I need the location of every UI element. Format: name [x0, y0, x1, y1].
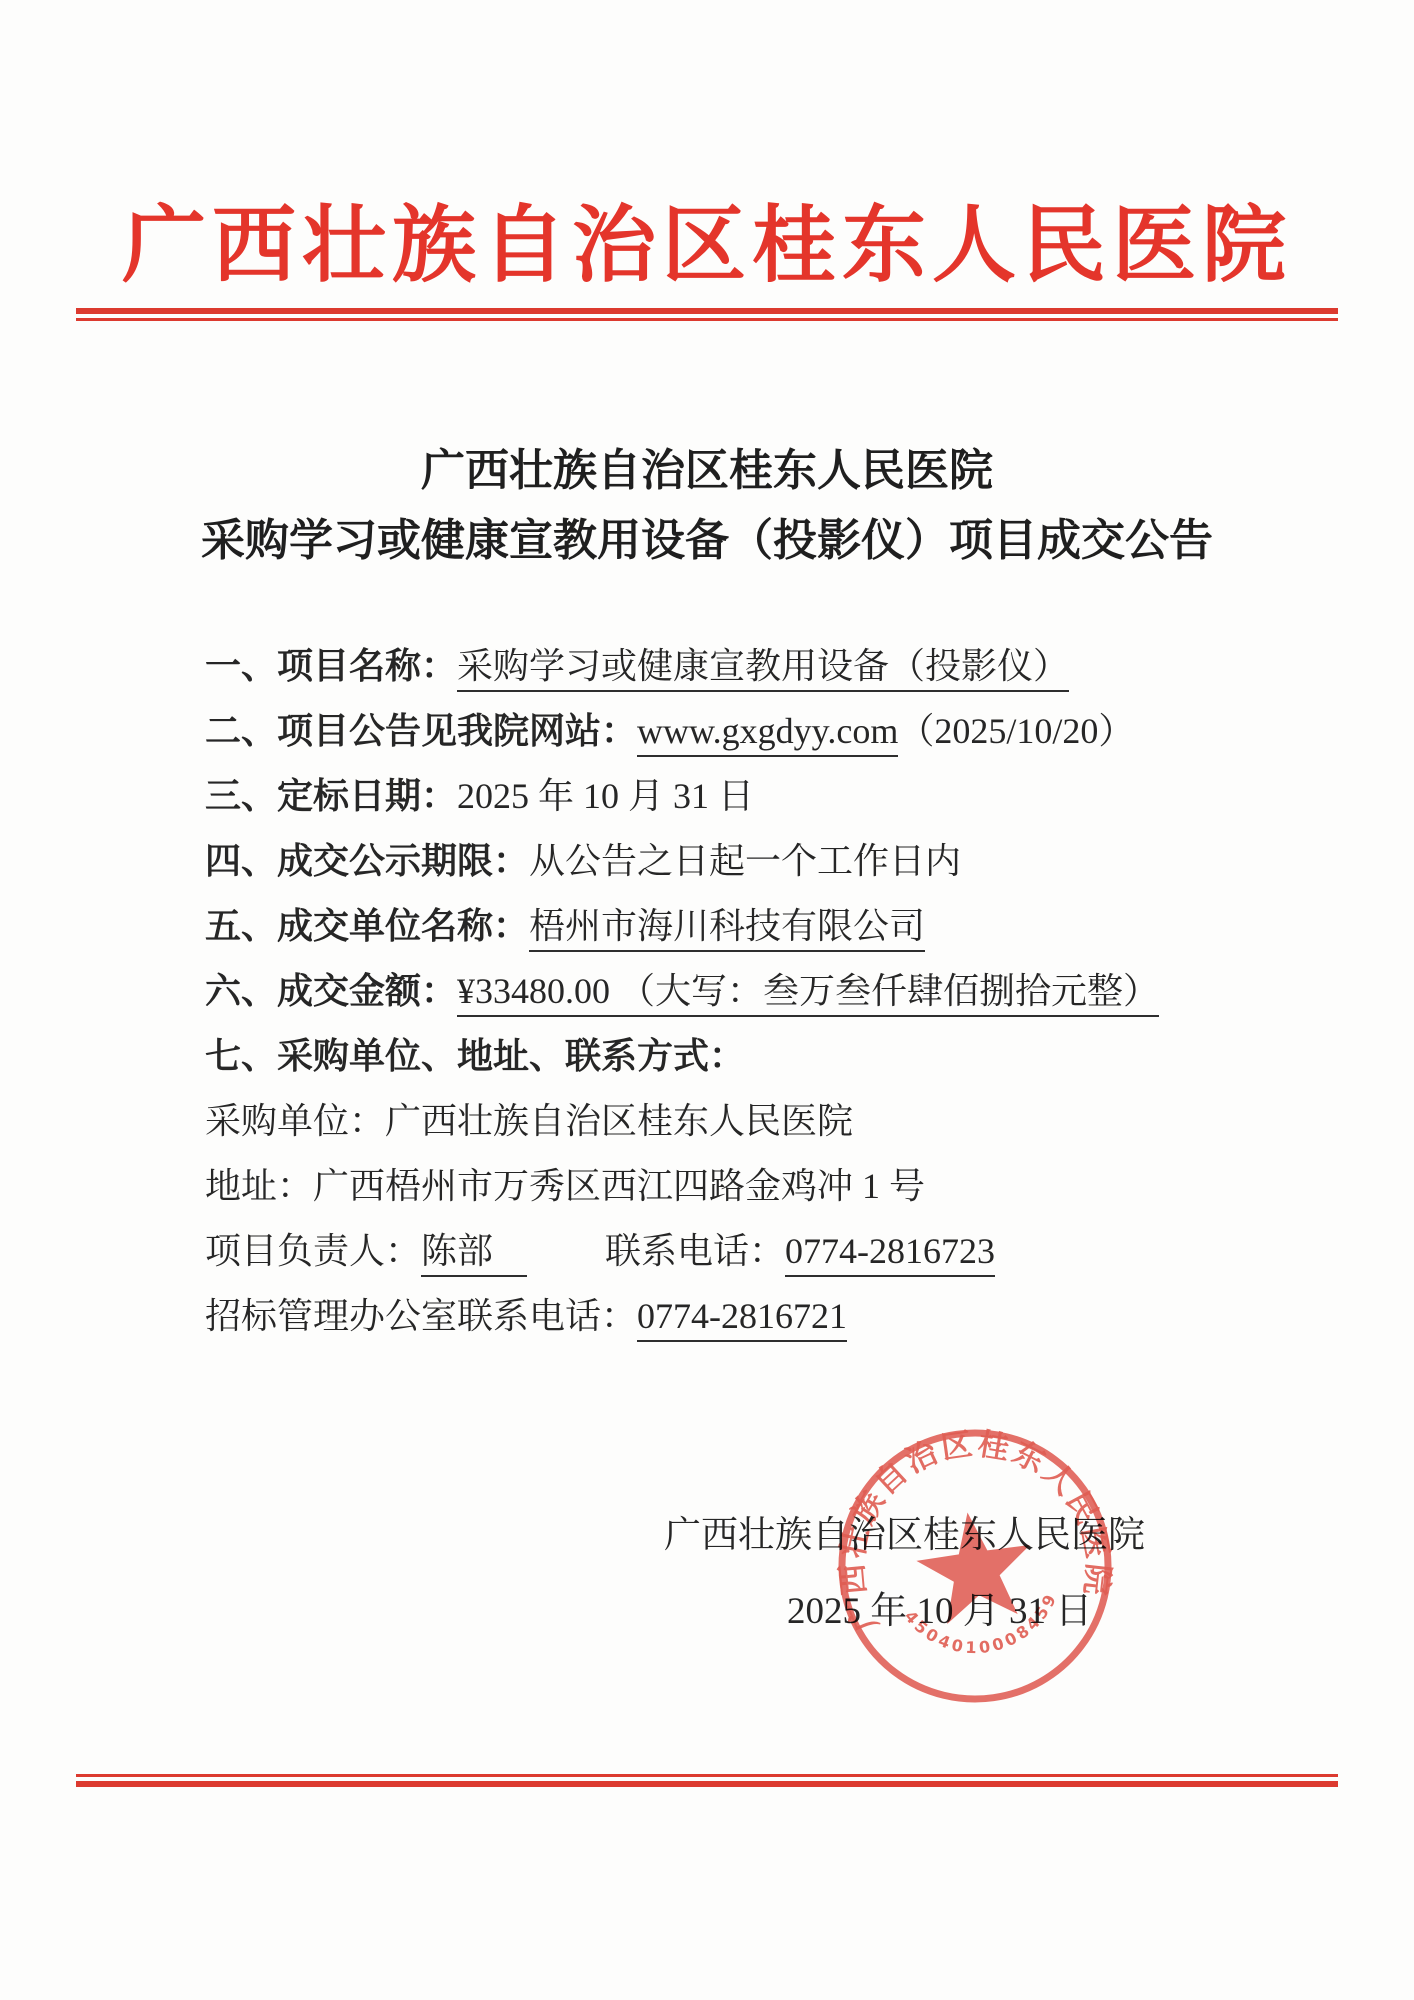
- header-rule-thick-line: [76, 308, 1338, 314]
- detail-label: 联系电话：: [605, 1231, 785, 1271]
- detail-line-purchaser: 采购单位：广西壮族自治区桂东人民医院: [205, 1103, 1294, 1139]
- manager-name-underlined: 陈部: [421, 1231, 527, 1277]
- detail-label: 采购单位：: [205, 1101, 385, 1141]
- seal-star-icon: [911, 1505, 1039, 1628]
- detail-value: 广西壮族自治区桂东人民医院: [385, 1101, 853, 1141]
- footer-rule-thin-line: [76, 1774, 1338, 1777]
- document-title: 广西壮族自治区桂东人民医院 采购学习或健康宣教用设备（投影仪）项目成交公告: [0, 436, 1414, 576]
- header-double-rule: [76, 308, 1338, 321]
- list-item-award-amount: 六、成交金额：¥33480.00 （大写：叁万叁仟肆佰捌拾元整）: [205, 973, 1294, 1009]
- item-value-underlined: 梧州市海川科技有限公司: [529, 906, 925, 952]
- svg-text:4504010008459: 4504010008459: [899, 1587, 1068, 1668]
- detail-line-bidding-office: 招标管理办公室联系电话：0774-2816721: [205, 1298, 1294, 1334]
- item-value: 2025 年 10 月 31 日: [457, 776, 754, 816]
- item-value: 从公告之日起一个工作日内: [529, 841, 961, 881]
- list-item-winning-supplier: 五、成交单位名称：梧州市海川科技有限公司: [205, 908, 1294, 944]
- seal-number: 4504010008459: [899, 1587, 1068, 1668]
- seal-graphic: 广西壮族自治区桂东人民医院 4504010008459: [816, 1409, 1132, 1717]
- list-item-award-date: 三、定标日期：2025 年 10 月 31 日: [205, 778, 1294, 814]
- item-value-underlined: ¥33480.00 （大写：叁万叁仟肆佰捌拾元整）: [457, 971, 1159, 1017]
- detail-label: 项目负责人：: [205, 1231, 421, 1271]
- list-item-project-name: 一、项目名称：采购学习或健康宣教用设备（投影仪）: [205, 648, 1294, 684]
- document-title-line2: 采购学习或健康宣教用设备（投影仪）项目成交公告: [0, 506, 1414, 576]
- item-value-underlined: 采购学习或健康宣教用设备（投影仪）: [457, 646, 1069, 692]
- detail-line-address: 地址：广西梧州市万秀区西江四路金鸡冲 1 号: [205, 1168, 1294, 1204]
- item-label: 四、成交公示期限：: [205, 841, 529, 881]
- phone-number-underlined: 0774-2816721: [637, 1296, 847, 1342]
- item-label: 二、项目公告见我院网站：: [205, 711, 637, 751]
- official-seal: 广西壮族自治区桂东人民医院 4504010008459: [815, 1406, 1136, 1727]
- list-item-website: 二、项目公告见我院网站：www.gxgdyy.com（2025/10/20）: [205, 713, 1294, 749]
- list-item-publicity-period: 四、成交公示期限：从公告之日起一个工作日内: [205, 843, 1294, 879]
- item-label: 六、成交金额：: [205, 971, 457, 1011]
- detail-label: 招标管理办公室联系电话：: [205, 1296, 637, 1336]
- item-label: 五、成交单位名称：: [205, 906, 529, 946]
- website-date-suffix: （2025/10/20）: [898, 711, 1134, 751]
- phone-number-underlined: 0774-2816723: [785, 1231, 995, 1277]
- letterhead-org-title: 广西壮族自治区桂东人民医院: [0, 178, 1414, 299]
- document-title-line1: 广西壮族自治区桂东人民医院: [0, 436, 1414, 506]
- announcement-body: 一、项目名称：采购学习或健康宣教用设备（投影仪） 二、项目公告见我院网站：www…: [205, 648, 1294, 1363]
- website-url: www.gxgdyy.com: [637, 711, 898, 757]
- detail-label: 地址：: [205, 1166, 313, 1206]
- detail-line-project-manager: 项目负责人：陈部联系电话：0774-2816723: [205, 1233, 1294, 1269]
- footer-rule-thick-line: [76, 1781, 1338, 1787]
- header-rule-thin-line: [76, 318, 1338, 321]
- item-label: 三、定标日期：: [205, 776, 457, 816]
- item-label: 一、项目名称：: [205, 646, 457, 686]
- list-item-contact-heading: 七、采购单位、地址、联系方式：: [205, 1038, 1294, 1074]
- footer-double-rule: [76, 1774, 1338, 1787]
- detail-value: 广西梧州市万秀区西江四路金鸡冲 1 号: [313, 1166, 925, 1206]
- item-label: 七、采购单位、地址、联系方式：: [205, 1036, 745, 1076]
